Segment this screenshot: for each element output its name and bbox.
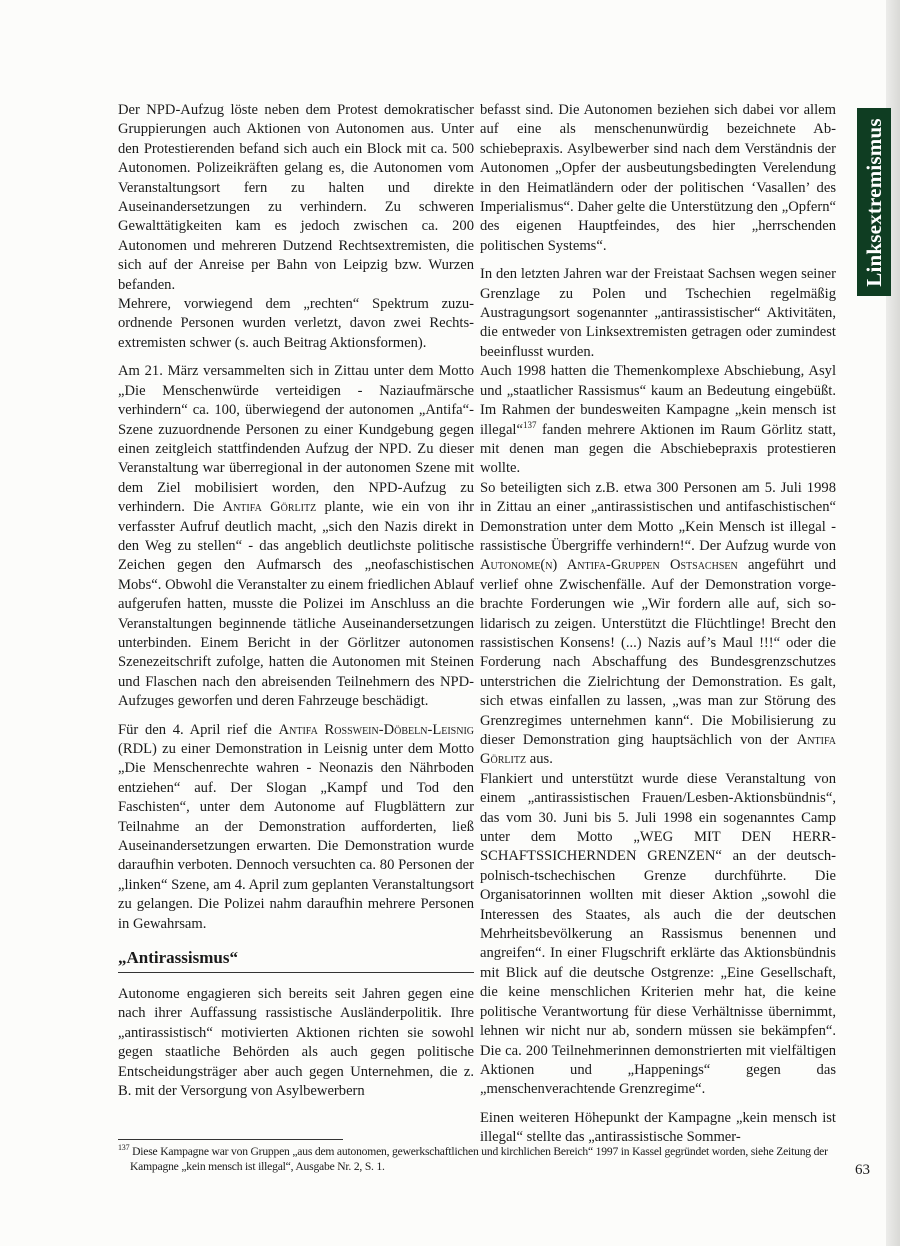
page-number: 63 xyxy=(855,1162,870,1179)
paragraph: Mehrere, vorwiegend dem „rechten“ Spektr… xyxy=(118,295,474,353)
chapter-side-tab: Linksextremismus xyxy=(857,108,891,296)
footnote-number: 137 xyxy=(118,1143,129,1152)
footnote: 137 Diese Kampagne war von Gruppen „aus … xyxy=(118,1144,840,1175)
organization-name: Antifa Rosswein-Döbeln-Leisnig xyxy=(279,722,474,738)
paragraph: Auch 1998 hatten die Themenkomplexe Absc… xyxy=(480,362,836,478)
footnote-divider xyxy=(118,1139,343,1140)
chapter-side-tab-label: Linksextremismus xyxy=(862,118,887,287)
paragraph: Für den 4. April rief die Antifa Rosswei… xyxy=(118,721,474,934)
paragraph: befasst sind. Die Autonomen beziehen sic… xyxy=(480,101,836,256)
organization-name: Antifa Görlitz xyxy=(223,499,317,515)
section-heading: „Antirassismus“ xyxy=(118,947,474,973)
paragraph: Einen weiteren Höhepunkt der Kampagne „k… xyxy=(480,1109,836,1148)
left-column: Der NPD-Aufzug löste neben dem Protest d… xyxy=(118,101,474,1102)
footnote-text: Diese Kampagne war von Gruppen „aus dem … xyxy=(129,1145,827,1173)
paragraph: Am 21. März versammelten sich in Zittau … xyxy=(118,362,474,711)
right-column: befasst sind. Die Autonomen beziehen sic… xyxy=(480,101,836,1148)
organization-name: Autonome(n) An­tifa-Gruppen Ostsachsen xyxy=(480,557,738,573)
paragraph: Autonome engagieren sich bereits seit Ja… xyxy=(118,985,474,1101)
paragraph: Flankiert und unterstützt wurde diese Ve… xyxy=(480,770,836,1100)
paragraph: In den letzten Jahren war der Freistaat … xyxy=(480,265,836,362)
paragraph: So beteiligten sich z.B. etwa 300 Person… xyxy=(480,479,836,770)
footnote-reference[interactable]: 137 xyxy=(523,420,537,430)
paragraph: Der NPD-Aufzug löste neben dem Protest d… xyxy=(118,101,474,295)
